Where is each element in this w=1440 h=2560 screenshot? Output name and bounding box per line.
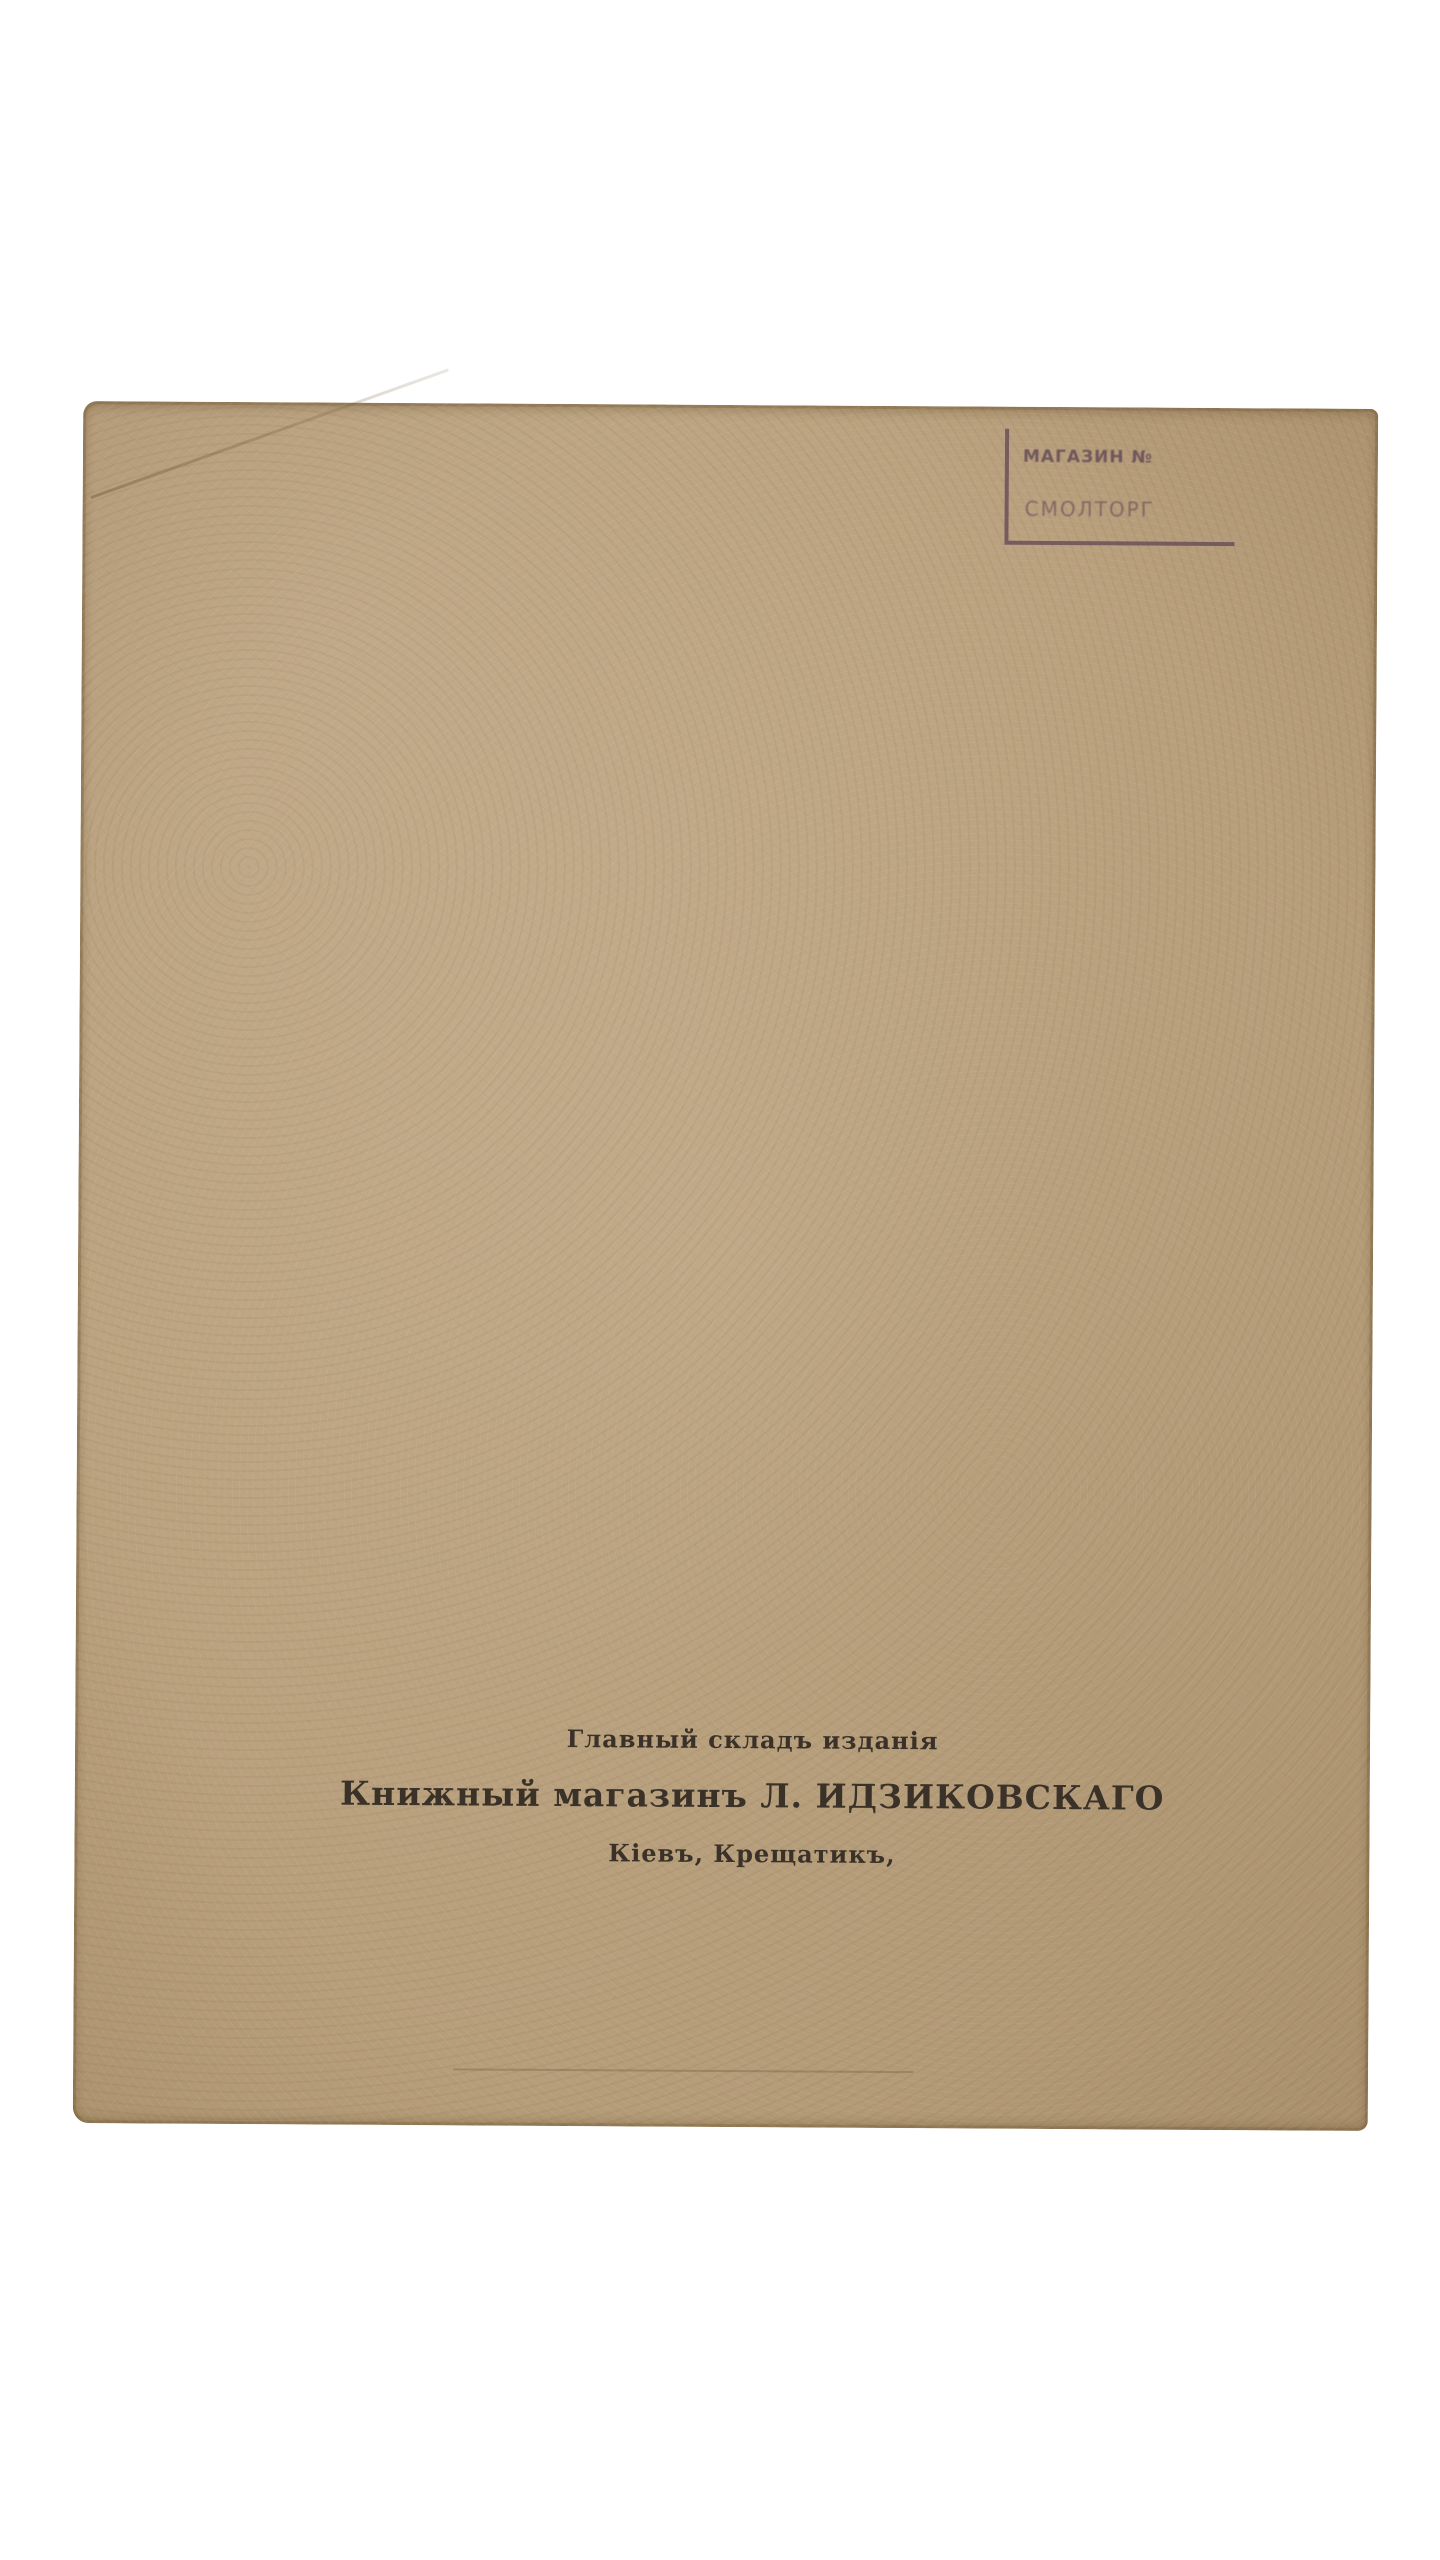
library-stamp: МАГАЗИН № СМОЛТОРГ	[1004, 429, 1235, 546]
stamp-top-text: МАГАЗИН №	[1023, 447, 1153, 468]
publisher-imprint: Главный складъ изданія Книжный магазинъ …	[74, 1721, 1370, 1872]
imprint-bookstore-line: Книжный магазинъ Л. ИДЗИКОВСКАГО	[135, 1772, 1370, 1819]
imprint-address-line: Кіевъ, Крещатикъ,	[134, 1835, 1369, 1872]
imprint-warehouse-line: Главный складъ изданія	[135, 1721, 1370, 1758]
book-back-cover: МАГАЗИН № СМОЛТОРГ Главный складъ издані…	[73, 401, 1378, 2131]
corner-crease	[90, 368, 449, 499]
pencil-mark	[453, 2068, 913, 2073]
stamp-bottom-text: СМОЛТОРГ	[1025, 497, 1155, 522]
